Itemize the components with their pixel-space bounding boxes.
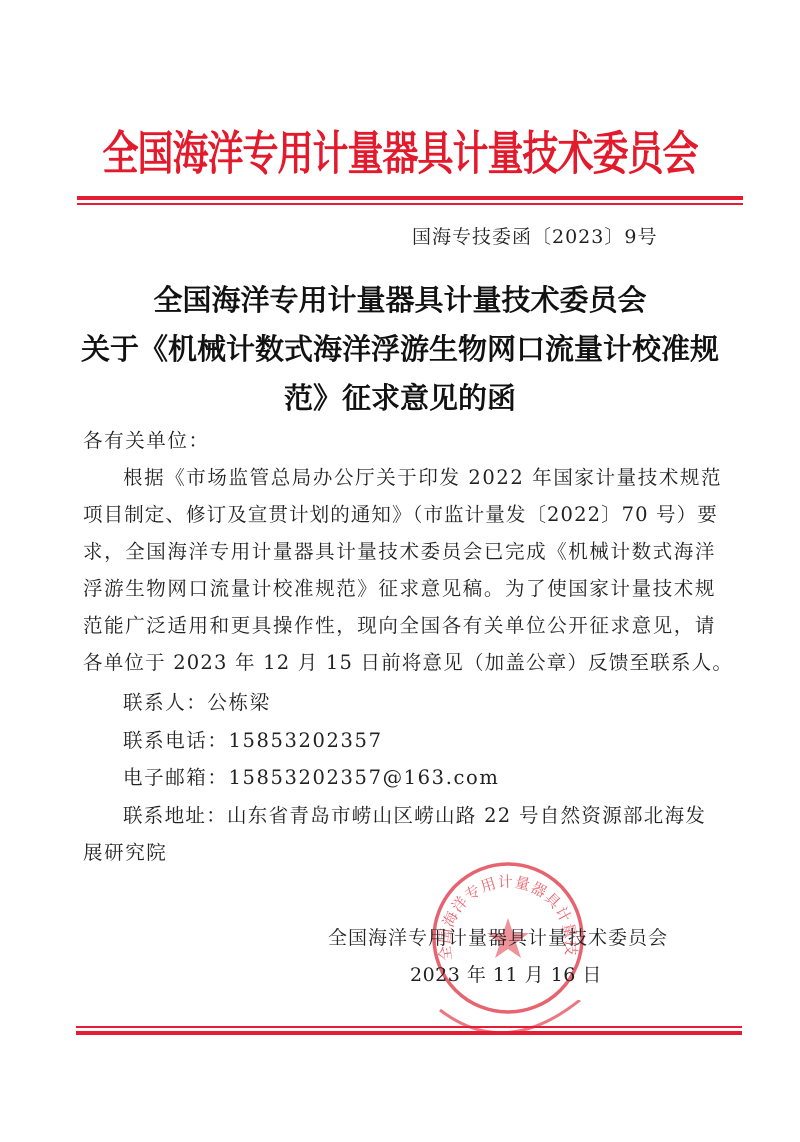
title-line-1: 全国海洋专用计量器具计量技术委员会: [0, 278, 800, 322]
letterhead-title: 全国海洋专用计量器具计量技术委员会: [0, 128, 800, 183]
salutation: 各有关单位：: [83, 429, 719, 453]
contact-phone: 联系电话：15853202357: [123, 729, 759, 753]
header-rule-thin: [77, 203, 743, 205]
contact-address-cont: 展研究院: [83, 841, 719, 865]
body-line-2: 项目制定、修订及宣贯计划的通知》（市监计量发〔2022〕70 号）要: [83, 503, 719, 527]
body-line-6: 各单位于 2023 年 12 月 15 日前将意见（加盖公章）反馈至联系人。: [83, 651, 719, 675]
body-line-3: 求，全国海洋专用计量器具计量技术委员会已完成《机械计数式海洋: [83, 540, 719, 564]
signature-organization: 全国海洋专用计量器具计量技术委员会: [328, 923, 668, 950]
contact-person: 联系人：公栋梁: [123, 691, 759, 715]
body-line-4: 浮游生物网口流量计校准规范》征求意见稿。为了使国家计量技术规: [83, 577, 719, 601]
document-number: 国海专技委函〔2023〕9号: [412, 222, 657, 249]
signature-date: 2023 年 11 月 16 日: [410, 960, 602, 987]
contact-address: 联系地址：山东省青岛市崂山区崂山路 22 号自然资源部北海发: [123, 804, 759, 828]
body-line-1: 根据《市场监管总局办公厅关于印发 2022 年国家计量技术规范: [123, 466, 759, 490]
footer-rule-thin: [76, 1026, 742, 1028]
header-rule-thick: [77, 196, 743, 200]
title-line-2: 关于《机械计数式海洋浮游生物网口流量计校准规: [0, 327, 800, 371]
footer-rule-thick: [76, 1031, 742, 1035]
body-line-5: 范能广泛适用和更具操作性，现向全国各有关单位公开征求意见，请: [83, 614, 719, 638]
seam-seal-fragment-icon: [420, 1000, 590, 1060]
title-line-3: 范》征求意见的函: [0, 376, 800, 420]
contact-email: 电子邮箱：15853202357@163.com: [123, 766, 759, 790]
